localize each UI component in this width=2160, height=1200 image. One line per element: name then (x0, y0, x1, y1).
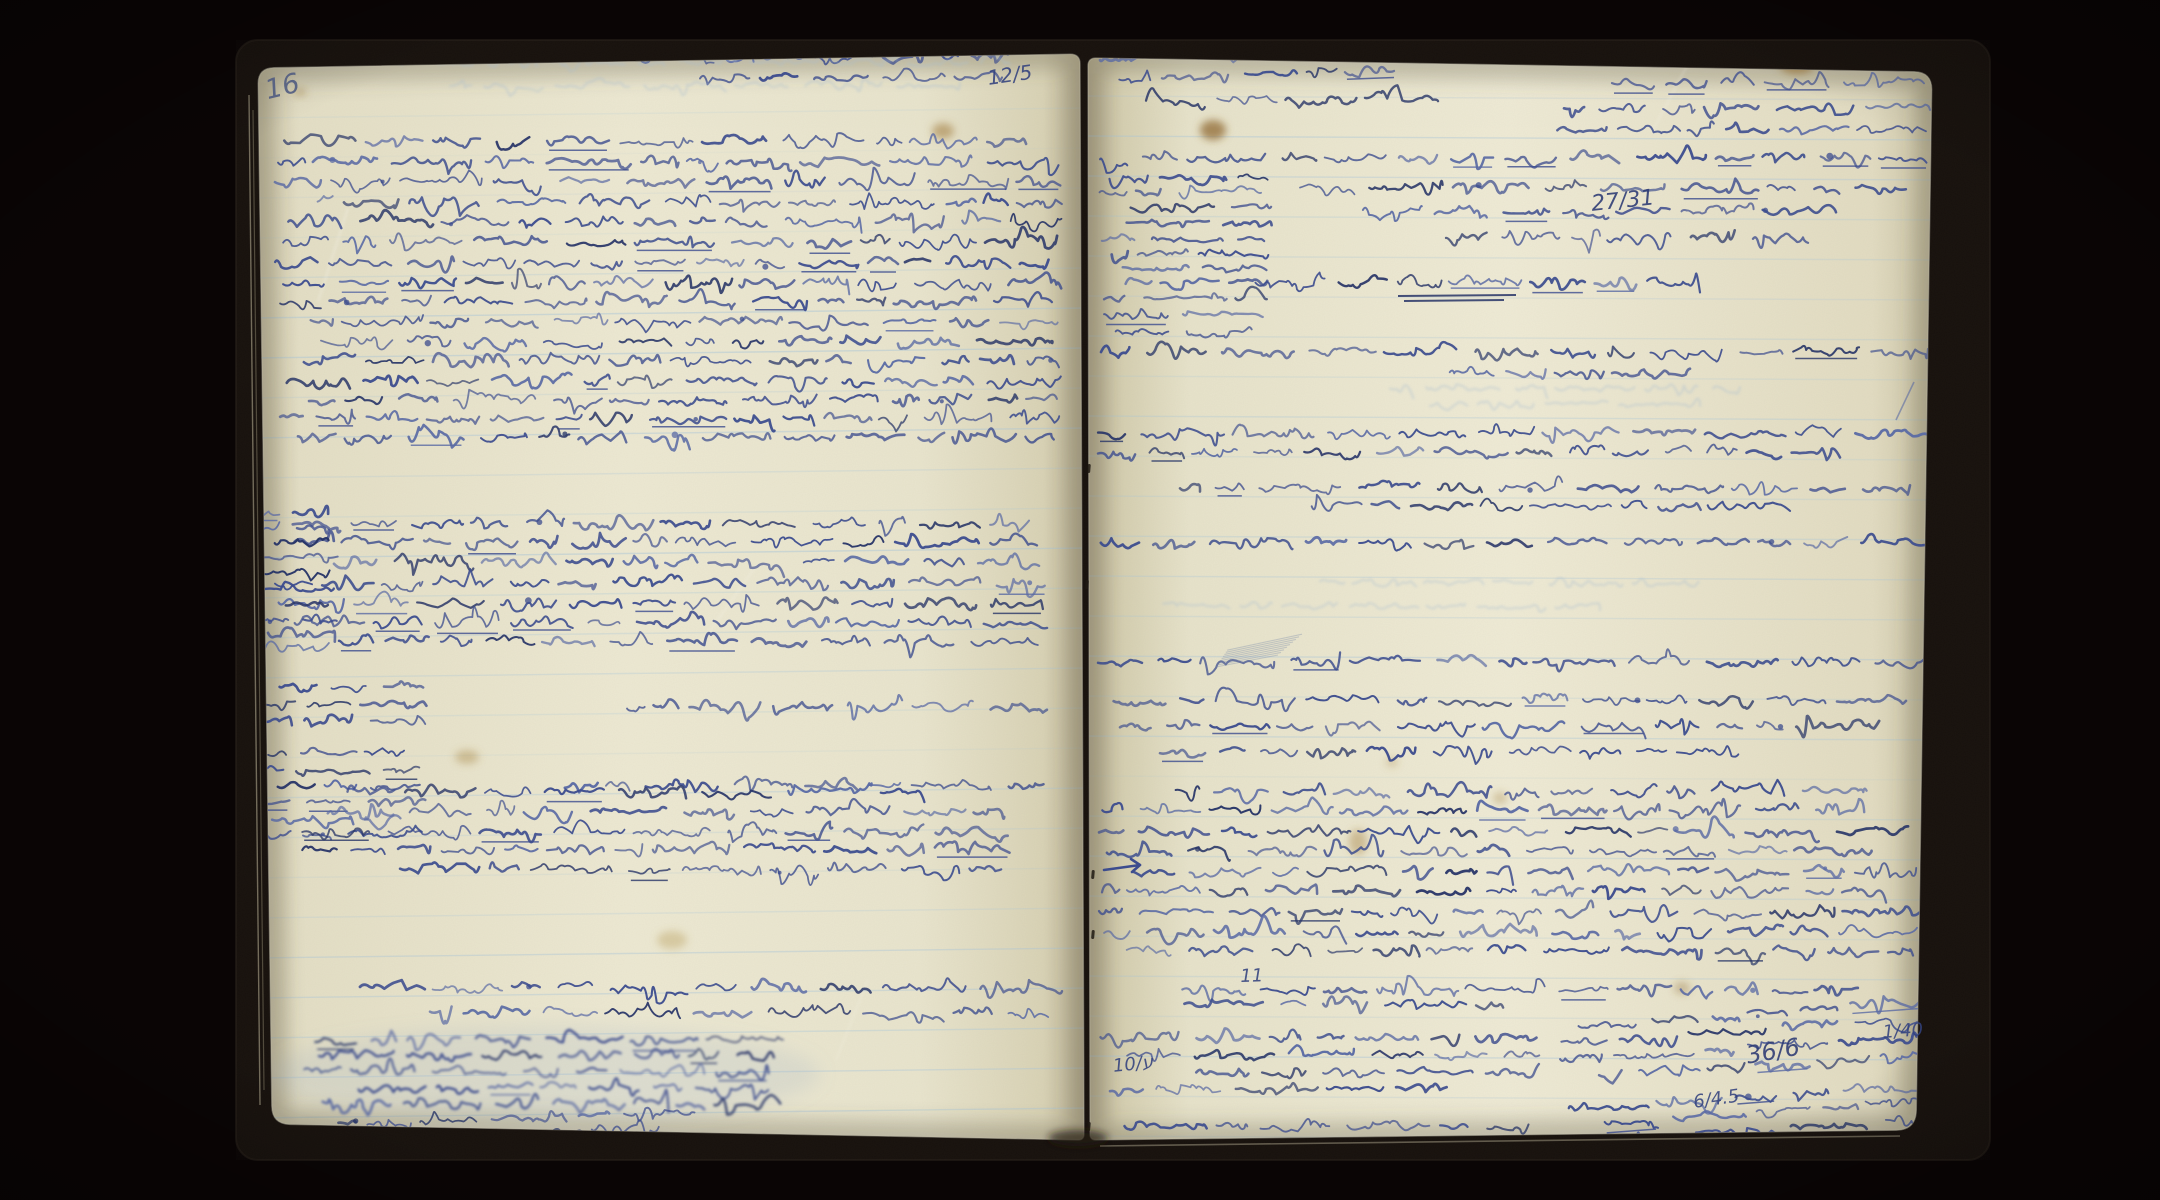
margin-ref-7: 11 (1240, 965, 1264, 987)
margin-ref-5: 6/4.5 (1692, 1086, 1741, 1113)
margin-ref-2: 27/31 (1590, 185, 1656, 216)
notebook-scan: 1612/527/3110/ע36/66/4.51/4011 (0, 0, 2160, 1200)
handwritten-annotations-layer: 1612/527/3110/ע36/66/4.51/4011 (0, 0, 2160, 1200)
margin-ref-1: 12/5 (986, 60, 1034, 90)
margin-ref-3: 10/ע (1112, 1052, 1154, 1077)
margin-ref-4: 36/6 (1744, 1033, 1802, 1070)
page-number-left: 16 (262, 68, 303, 106)
margin-ref-6: 1/40 (1882, 1019, 1924, 1043)
